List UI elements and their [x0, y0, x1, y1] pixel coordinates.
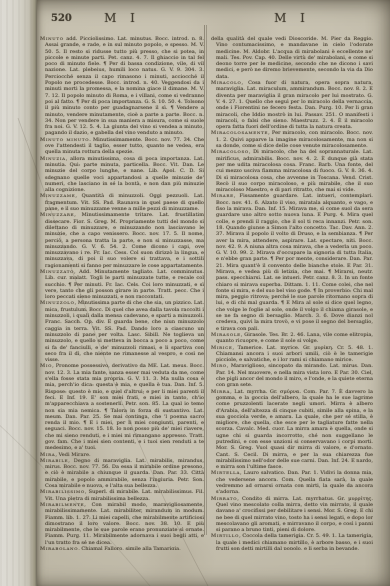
scanned-book-page: 520 M I M I Minuto add. Picciolissimo. L…	[0, 0, 390, 586]
entry-body: , allora minutissima, cosa di poca impor…	[45, 156, 204, 193]
dictionary-entry: Minuto minuto. Minutissimamente. Bocc. n…	[40, 137, 204, 156]
dictionary-entry: Mirabilmente, Con mirabil modo, maravigl…	[40, 502, 204, 546]
dictionary-entry: Minuto add. Picciolissimo. Lat. minutus.…	[40, 36, 204, 137]
column-divider-rule	[204, 25, 207, 535]
dictionary-entry: Mirra, Lat. myrrha. Gr. σμύρνα. Com. Par…	[211, 389, 373, 471]
dictionary-entry: Miracolo, Cosa fuor di natura, opera sop…	[211, 80, 373, 130]
entry-headword: Minuzia	[40, 156, 66, 162]
entry-body: , Vedi Mirare.	[55, 452, 90, 458]
entry-body: , Chiamal Falloro, simile alla Tamarigia…	[78, 546, 181, 550]
entry-headword: Minuzzolo	[40, 300, 75, 306]
running-head-left: M I	[40, 11, 204, 25]
dictionary-entry: Mirtillo, Coccola della tamerigia. Cr. 5…	[211, 533, 373, 550]
entry-body: , Minutissimamente tritare. Lat. frustil…	[45, 212, 204, 268]
entry-headword: Mirtillo	[211, 533, 239, 539]
dictionary-entry: Mirabolano, Chiamal Falloro, simile alla…	[40, 546, 204, 550]
running-head-right: M I	[211, 11, 373, 25]
entry-headword: Mirabilissimo	[40, 489, 85, 495]
dictionary-entry: Miracoloso, Di miracolo, che ha del sopr…	[211, 149, 373, 193]
dictionary-entry: Mirabile, Degno di maraviglia. Lat. mira…	[40, 458, 204, 489]
scan-margin-strip	[0, 0, 37, 586]
dictionary-entry: Minuzzato, Add. Minutamente tagliato. La…	[40, 269, 204, 300]
dictionary-entry: Mirasole, Girasole. Tes. Br. 2. 46. Lana…	[211, 332, 373, 345]
entry-body: , Minutissima parte di che che sia, un p…	[45, 300, 204, 363]
column-left: Minuto add. Picciolissimo. Lat. minutus.…	[40, 36, 204, 550]
dictionary-entry: Minuzzare, Minutissimamente tritare. Lat…	[40, 212, 204, 269]
dictionary-entry: Minuzzame, Quantità di minuzzoli. Oggi p…	[40, 193, 204, 212]
entry-headword: Mirrato	[211, 496, 237, 502]
dictionary-entry: Mirice, Tamerice. Lat. myrice. Gr. μυρίκ…	[211, 345, 373, 364]
entry-body: , Coccola della tamerigia. Cr. 5. 49. 1.…	[216, 533, 373, 550]
dictionary-entry: Minuzia, allora minutissima, cosa di poc…	[40, 156, 204, 194]
entry-body: , Tamerice. Lat. myrice. Gr. μυρίκη. Cr.…	[216, 345, 373, 364]
entry-body: della qualità del quale vedi Dioscoride.…	[211, 36, 373, 80]
dictionary-entry-continuation: della qualità del quale vedi Dioscoride.…	[211, 36, 373, 80]
entry-headword: Mirra	[211, 389, 230, 395]
dictionary-entry: Mirabilissimo, Superl. di mirabile. Lat.…	[40, 489, 204, 502]
entry-headword: Mirice	[211, 345, 232, 351]
entry-body: , Condito di mirra. Lat. myrrhatus. Gr. …	[216, 496, 373, 533]
entry-headword: Minuto minuto	[40, 137, 89, 143]
entry-body: , Degno di maraviglia. Lat. mirabilis, m…	[45, 458, 204, 489]
entry-body: , Maraviglioso, sincopato da mirando. La…	[216, 363, 373, 388]
entry-headword: Miracoloso	[211, 149, 249, 155]
entry-headword: Mirabolano	[40, 546, 78, 550]
dictionary-entry: Mio, Pronome possessivo, derivativo da M…	[40, 363, 204, 451]
entry-headword: Miracolosamente	[211, 130, 268, 136]
entry-headword: Miro	[211, 363, 227, 369]
entry-body: , Di miracolo, che ha del soprannaturale…	[216, 149, 373, 193]
dictionary-entry: Minuzzolo, Minutissima parte di che che …	[40, 300, 204, 363]
entry-body: , Cosa fuor di natura, opera sopra natur…	[216, 80, 373, 130]
dictionary-entry: Mirtella, Lauro salvatico. Dan. Par. 1. …	[211, 470, 373, 495]
entry-headword: Mirare	[211, 193, 234, 199]
entry-body: , Pronome possessivo, derivativo da ME. …	[45, 363, 204, 451]
entry-headword: Mio	[40, 363, 52, 369]
entry-body: , Lauro salvatico. Dan. Par. 1. Vidivi l…	[216, 470, 373, 495]
entry-headword: Minuzzame	[40, 193, 75, 199]
dictionary-entry: Miro, Maraviglioso, sincopato da mirando…	[211, 363, 373, 388]
dictionary-entry: Mirare, Fissamente guardare. Lat. intuer…	[211, 193, 373, 332]
entry-body: , Fissamente guardare. Lat. intueri, con…	[216, 193, 373, 331]
entry-body: , Con mirabil modo, maravigliosamente, m…	[45, 502, 204, 546]
entry-headword: Mirtella	[211, 470, 240, 476]
entry-headword: Mira	[40, 452, 55, 458]
dictionary-entry: Mirrato, Condito di mirra. Lat. myrrhatu…	[211, 496, 373, 534]
entry-headword: Mirabile	[40, 458, 68, 464]
entry-body: add. Picciolissimo. Lat. minutus. Bocc. …	[45, 36, 204, 136]
dictionary-entry: Miracolosamente, Per miracolo, con mirac…	[211, 130, 373, 149]
entry-body: , Lat. myrrha. Gr. σμύρνα. Com. Par. 7. …	[216, 389, 373, 471]
entry-headword: Minuzzare	[40, 212, 74, 218]
column-right: della qualità del quale vedi Dioscoride.…	[211, 36, 373, 550]
dictionary-page-paper: 520 M I M I Minuto add. Picciolissimo. L…	[37, 0, 390, 586]
